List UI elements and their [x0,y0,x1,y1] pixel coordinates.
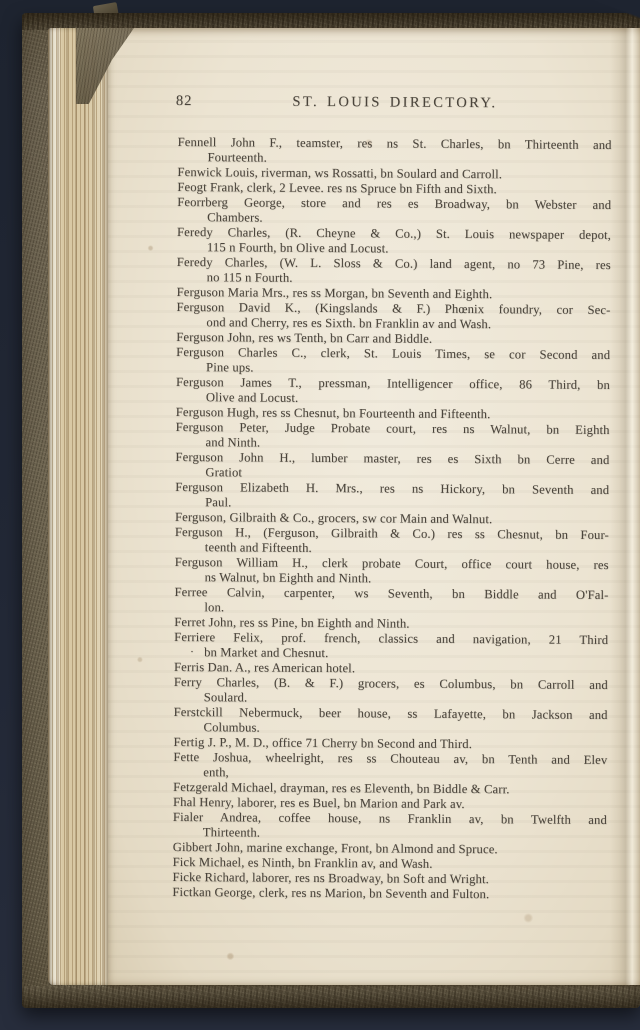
stacked-page-edges [48,28,110,985]
entry-line: 115 n Fourth, bn Olive and Locust. [177,240,611,258]
page-content: 82 ST. LOUIS DIRECTORY. Fennell John F.,… [172,93,612,903]
entry-line: Fourteenth. [177,150,611,168]
entry-line: ond and Cherry, res es Sixth. bn Frankli… [176,315,610,333]
directory-entry: Feredy Charles, (R. Cheyne & Co.,) St. L… [177,225,611,258]
directory-entry: Ferguson William H., clerk probate Court… [175,555,609,588]
directory-entry: Feredy Charles, (W. L. Sloss & Co.) land… [177,255,611,288]
directory-entry: Fette Joshua, wheelright, res ss Choutea… [173,750,607,783]
directory-entry: Feorrberg George, store and res es Broad… [177,195,611,228]
directory-entry: Ferry Charles, (B. & F.) grocers, es Col… [174,675,608,708]
directory-entry: Ferguson David K., (Kingslands & F.) Phœ… [176,300,610,333]
entry-line: ns Walnut, bn Eighth and Ninth. [175,570,609,588]
entry-line: Olive and Locust. [176,390,610,408]
entry-line: Gratiot [175,465,609,483]
entry-line: Chambers. [177,210,611,228]
directory-entry: Ferriere Felix, prof. french, classics a… [174,630,608,663]
book-page: 82 ST. LOUIS DIRECTORY. Fennell John F.,… [108,28,640,985]
entry-line: no 115 n Fourth. [177,270,611,288]
directory-entry: Ferguson Charles C., clerk, St. Louis Ti… [176,345,610,378]
entry-line: ·bn Market and Chesnut. [174,645,608,663]
entry-line: Columbus. [174,720,608,738]
entry-line: Soulard. [174,690,608,708]
entry-line: teenth and Fifteenth. [175,540,609,558]
directory-entry: Ferguson Elizabeth H. Mrs., res ns Hicko… [175,480,609,513]
page-crease [610,28,640,985]
corner-background-wedge [588,0,640,20]
page-title: ST. LOUIS DIRECTORY. [178,93,612,113]
entry-line: and Ninth. [176,435,610,453]
directory-entries: Fennell John F., teamster, res ns St. Ch… [172,135,611,903]
entry-line: Fictkan George, clerk, res ns Marion, bn… [172,885,606,903]
entry-line: Thirteenth. [173,825,607,843]
entry-line: enth, [173,765,607,783]
entry-line: Pine ups. [176,360,610,378]
directory-entry: Ferguson H., (Ferguson, Gilbraith & Co.)… [175,525,609,558]
page-header: 82 ST. LOUIS DIRECTORY. [178,93,612,116]
directory-entry: Ferguson John H., lumber master, res es … [175,450,609,483]
entry-line: lon. [174,600,608,618]
directory-entry: Ferguson Peter, Judge Probate court, res… [176,420,610,453]
directory-entry: Fennell John F., teamster, res ns St. Ch… [177,135,611,168]
directory-entry: Ferguson James T., pressman, Intelligenc… [176,375,610,408]
directory-entry: Ferree Calvin, carpenter, ws Seventh, bn… [174,585,608,618]
directory-entry: Fialer Andrea, coffee house, ns Franklin… [173,810,607,843]
directory-entry: Ferstckill Nebermuck, beer house, ss Laf… [174,705,608,738]
entry-line: Paul. [175,495,609,513]
book-photo-scene: 82 ST. LOUIS DIRECTORY. Fennell John F.,… [0,0,640,1030]
directory-entry: Fictkan George, clerk, res ns Marion, bn… [172,885,606,903]
stray-ink-mark: · [190,645,194,660]
